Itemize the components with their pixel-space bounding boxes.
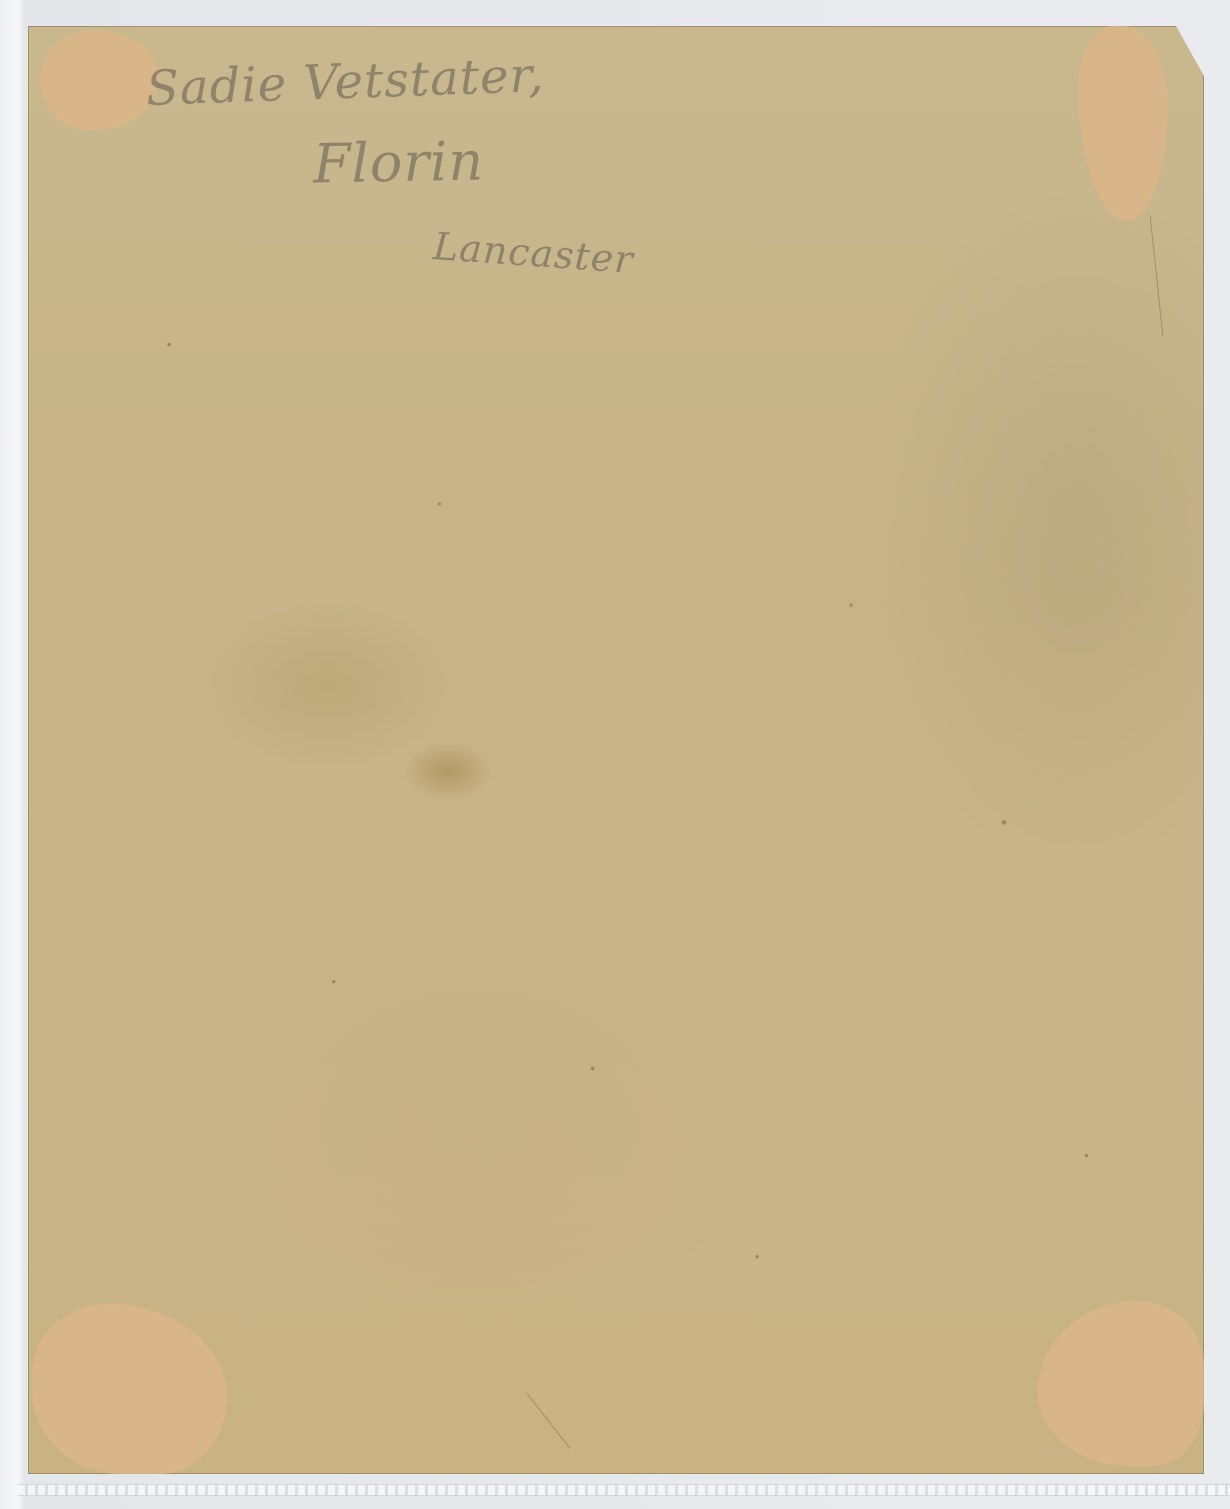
crease-bottom-edge <box>527 1393 571 1449</box>
inscription-name: Sadie Vetstater, <box>145 47 545 117</box>
sleeve-seam <box>18 1484 1230 1496</box>
inscription-county: Lancaster <box>432 224 635 282</box>
worn-corner-top-right <box>1078 26 1168 221</box>
card-back: Sadie Vetstater, Florin Lancaster <box>28 26 1204 1474</box>
crease-right-edge <box>1150 216 1164 335</box>
worn-corner-bottom-right <box>1038 1301 1204 1466</box>
inscription-town: Florin <box>312 130 484 196</box>
worn-corner-top-left <box>40 30 158 130</box>
worn-corner-bottom-left <box>32 1304 227 1474</box>
